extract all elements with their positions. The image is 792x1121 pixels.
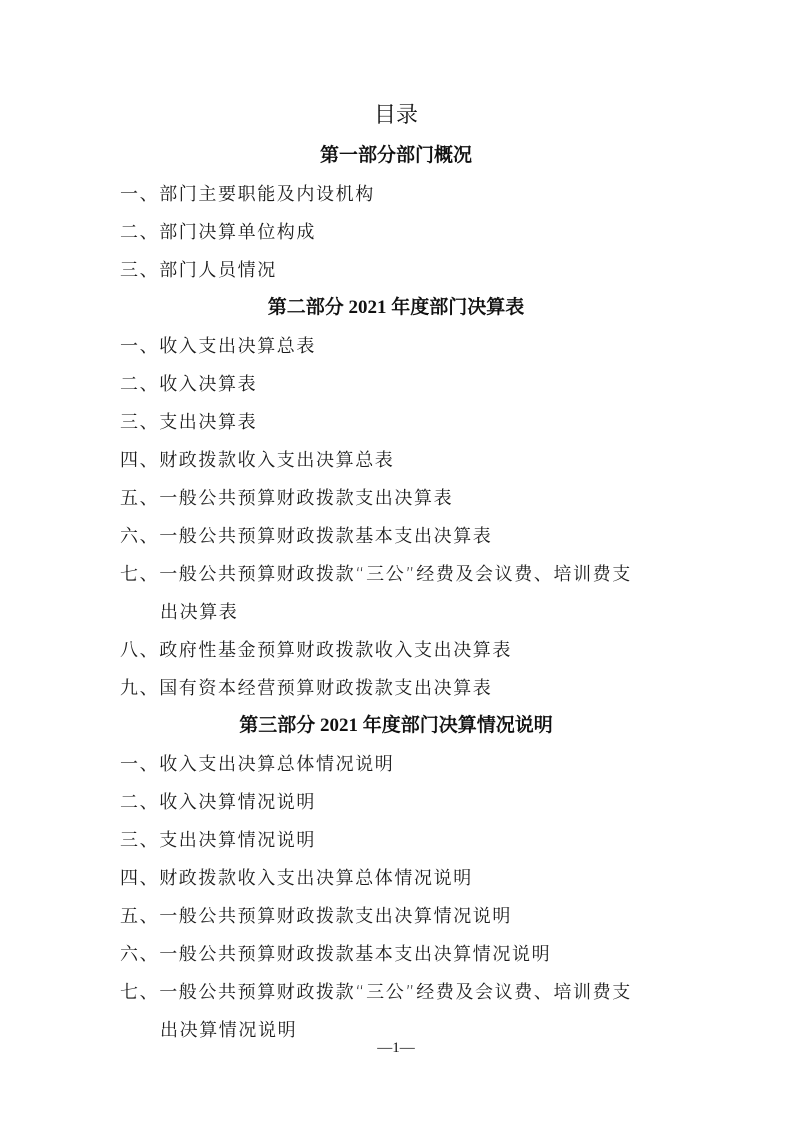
section-heading-part2: 第二部分 2021 年度部门决算表 [0,292,792,319]
toc-item[interactable]: 一、收入支出决算总体情况说明 [120,750,394,776]
section-heading-part3: 第三部分 2021 年度部门决算情况说明 [0,710,792,737]
toc-item[interactable]: 三、支出决算情况说明 [120,826,316,852]
toc-item[interactable]: 八、政府性基金预算财政拨款收入支出决算表 [120,636,512,662]
toc-item[interactable]: 七、一般公共预算财政拨款“三公”经费及会议费、培训费支 [120,560,632,586]
toc-item[interactable]: 四、财政拨款收入支出决算总体情况说明 [120,864,473,890]
toc-title: 目录 [0,98,792,129]
toc-item[interactable]: 五、一般公共预算财政拨款支出决算情况说明 [120,902,512,928]
toc-item[interactable]: 一、部门主要职能及内设机构 [120,180,375,206]
toc-item[interactable]: 三、部门人员情况 [120,256,277,282]
toc-item[interactable]: 九、国有资本经营预算财政拨款支出决算表 [120,674,492,700]
toc-item-continuation[interactable]: 出决算表 [160,598,238,624]
toc-item[interactable]: 二、收入决算情况说明 [120,788,316,814]
toc-item[interactable]: 三、支出决算表 [120,408,257,434]
toc-item-continuation[interactable]: 出决算情况说明 [160,1016,297,1042]
toc-item[interactable]: 四、财政拨款收入支出决算总表 [120,446,394,472]
toc-item[interactable]: 一、收入支出决算总表 [120,332,316,358]
page-number: —1— [0,1040,792,1057]
toc-item[interactable]: 六、一般公共预算财政拨款基本支出决算情况说明 [120,940,551,966]
toc-item[interactable]: 六、一般公共预算财政拨款基本支出决算表 [120,522,492,548]
toc-item[interactable]: 二、部门决算单位构成 [120,218,316,244]
toc-item[interactable]: 五、一般公共预算财政拨款支出决算表 [120,484,453,510]
section-heading-part1: 第一部分部门概况 [0,140,792,167]
toc-item[interactable]: 二、收入决算表 [120,370,257,396]
toc-item[interactable]: 七、一般公共预算财政拨款“三公”经费及会议费、培训费支 [120,978,632,1004]
